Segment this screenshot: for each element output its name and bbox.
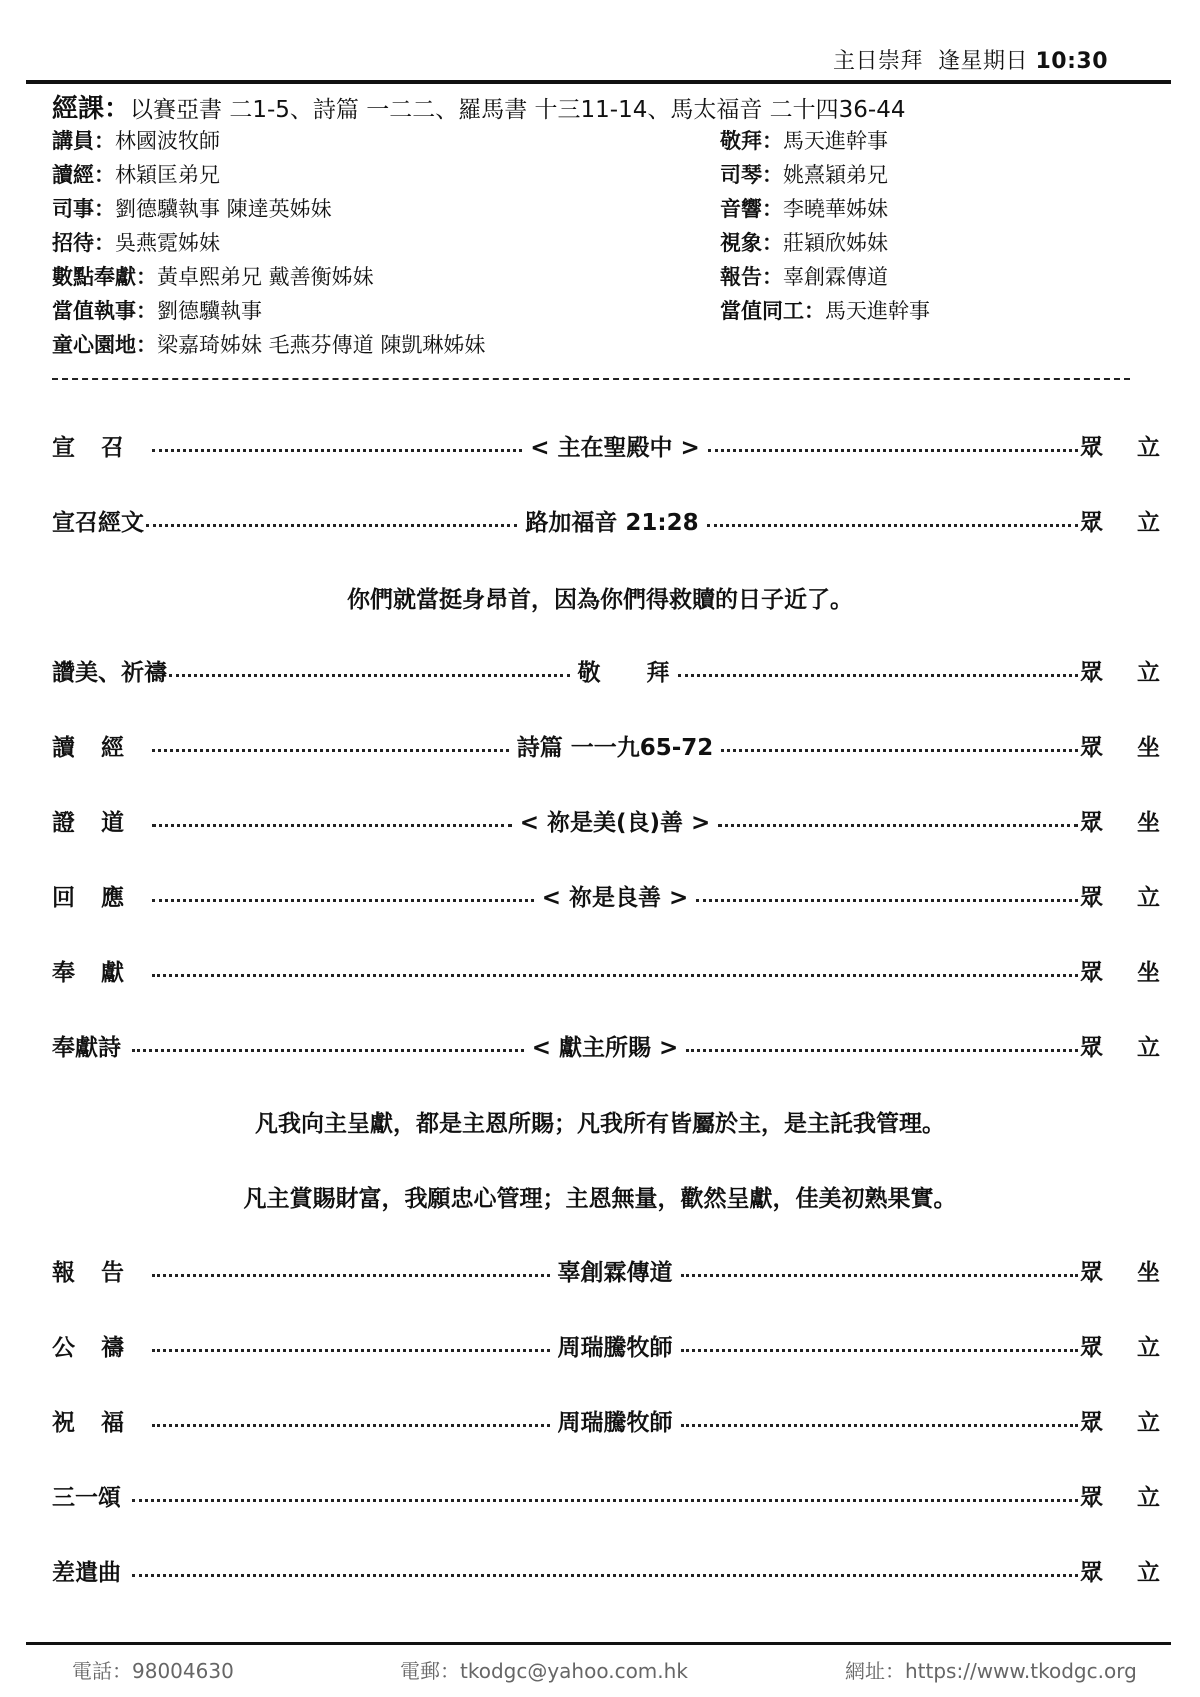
order-row-call-verse: 宣召經文 路加福音 21:28 眾立 [52, 503, 1160, 537]
staff-row: 司事：劉德驥執事 陳達英姊妹 [52, 192, 485, 226]
lessons-text: 以賽亞書 二1-5、詩篇 一二二、羅馬書 十三11-14、馬太福音 二十四36-… [130, 97, 905, 123]
order-row-offering: 奉獻 眾坐 [52, 953, 1160, 987]
staff-row: 當值同工：馬天進幹事 [720, 294, 930, 328]
leader-dots [152, 749, 509, 752]
staff-row: 讀經：林穎匡弟兄 [52, 158, 485, 192]
leader-dots [678, 674, 1079, 677]
leader-dots [169, 674, 570, 677]
order-row-prayer: 公禱 周瑞騰牧師 眾立 [52, 1328, 1160, 1362]
order-row-benediction: 祝福 周瑞騰牧師 眾立 [52, 1403, 1160, 1437]
order-row-doxology: 三一頌 眾立 [52, 1478, 1160, 1512]
leader-dots [152, 1274, 550, 1277]
leader-dots [132, 1049, 524, 1052]
staff-row: 敬拜：馬天進幹事 [720, 124, 930, 158]
leader-dots [132, 1574, 1078, 1577]
order-row-announcements: 報告 辜創霖傳道 眾坐 [52, 1253, 1160, 1287]
staff-row: 童心園地：梁嘉琦姊妹 毛燕芬傳道 陳凱琳姊妹 [52, 328, 485, 362]
leader-dots [681, 1424, 1079, 1427]
leader-dots [696, 899, 1078, 902]
offering-hymn-line-1: 凡我向主呈獻，都是主恩所賜；凡我所有皆屬於主，是主託我管理。 [0, 1105, 1200, 1138]
lessons-line: 經課：以賽亞書 二1-5、詩篇 一二二、羅馬書 十三11-14、馬太福音 二十四… [52, 88, 906, 125]
order-row-offering-hymn: 奉獻詩 < 獻主所賜 > 眾立 [52, 1028, 1160, 1062]
leader-dots [152, 824, 512, 827]
offering-hymn-line-2: 凡主賞賜財富，我願忠心管理；主恩無量，歡然呈獻，佳美初熟果實。 [0, 1180, 1200, 1213]
leader-dots [707, 524, 1078, 527]
staff-row: 音響：李曉華姊妹 [720, 192, 930, 226]
staff-row: 講員：林國波牧師 [52, 124, 485, 158]
staff-list-left: 講員：林國波牧師 讀經：林穎匡弟兄 司事：劉德驥執事 陳達英姊妹 招待：吳燕霓姊… [52, 124, 485, 362]
leader-dots [146, 524, 517, 527]
leader-dots [681, 1349, 1079, 1352]
staff-row: 招待：吳燕霓姊妹 [52, 226, 485, 260]
order-row-call: 宣召 < 主在聖殿中 > 眾立 [52, 428, 1160, 462]
footer-email[interactable]: 電郵：tkodgc@yahoo.com.hk [400, 1655, 688, 1684]
staff-row: 視象：莊穎欣姊妹 [720, 226, 930, 260]
staff-list-right: 敬拜：馬天進幹事 司琴：姚熹穎弟兄 音響：李曉華姊妹 視象：莊穎欣姊妹 報告：辜… [720, 124, 930, 328]
staff-row: 報告：辜創霖傳道 [720, 260, 930, 294]
leader-dots [681, 1274, 1079, 1277]
order-row-praise: 讚美、祈禱 敬 拜 眾立 [52, 653, 1160, 687]
service-schedule: 逢星期日 [938, 49, 1028, 74]
leader-dots [152, 1349, 550, 1352]
order-row-sermon: 證道 < 祢是美(良)善 > 眾坐 [52, 803, 1160, 837]
leader-dots [152, 449, 522, 452]
service-name: 主日崇拜 [833, 49, 923, 74]
staff-row: 數點奉獻：黃卓熙弟兄 戴善衡姊妹 [52, 260, 485, 294]
leader-dots [152, 1424, 550, 1427]
service-time: 10:30 [1035, 49, 1108, 74]
footer-website[interactable]: 網址：https://www.tkodgc.org [845, 1655, 1137, 1684]
bottom-rule [26, 1642, 1171, 1645]
service-title: 主日崇拜 逢星期日 10:30 [833, 44, 1108, 75]
leader-dots [132, 1499, 1078, 1502]
leader-dots [152, 899, 534, 902]
leader-dots [152, 974, 1078, 977]
order-row-sending-song: 差遣曲 眾立 [52, 1553, 1160, 1587]
top-rule [26, 80, 1171, 84]
order-row-response: 回應 < 祢是良善 > 眾立 [52, 878, 1160, 912]
staff-row: 當值執事：劉德驥執事 [52, 294, 485, 328]
call-verse-text: 你們就當挺身昂首，因為你們得救贖的日子近了。 [0, 581, 1200, 614]
footer-phone: 電話：98004630 [72, 1655, 234, 1684]
leader-dots [721, 749, 1078, 752]
order-row-reading: 讀經 詩篇 一一九65-72 眾坐 [52, 728, 1160, 762]
leader-dots [718, 824, 1078, 827]
leader-dots [708, 449, 1078, 452]
staff-row: 司琴：姚熹穎弟兄 [720, 158, 930, 192]
lessons-label: 經課： [52, 94, 130, 124]
leader-dots [686, 1049, 1078, 1052]
dashed-divider [52, 378, 1130, 380]
